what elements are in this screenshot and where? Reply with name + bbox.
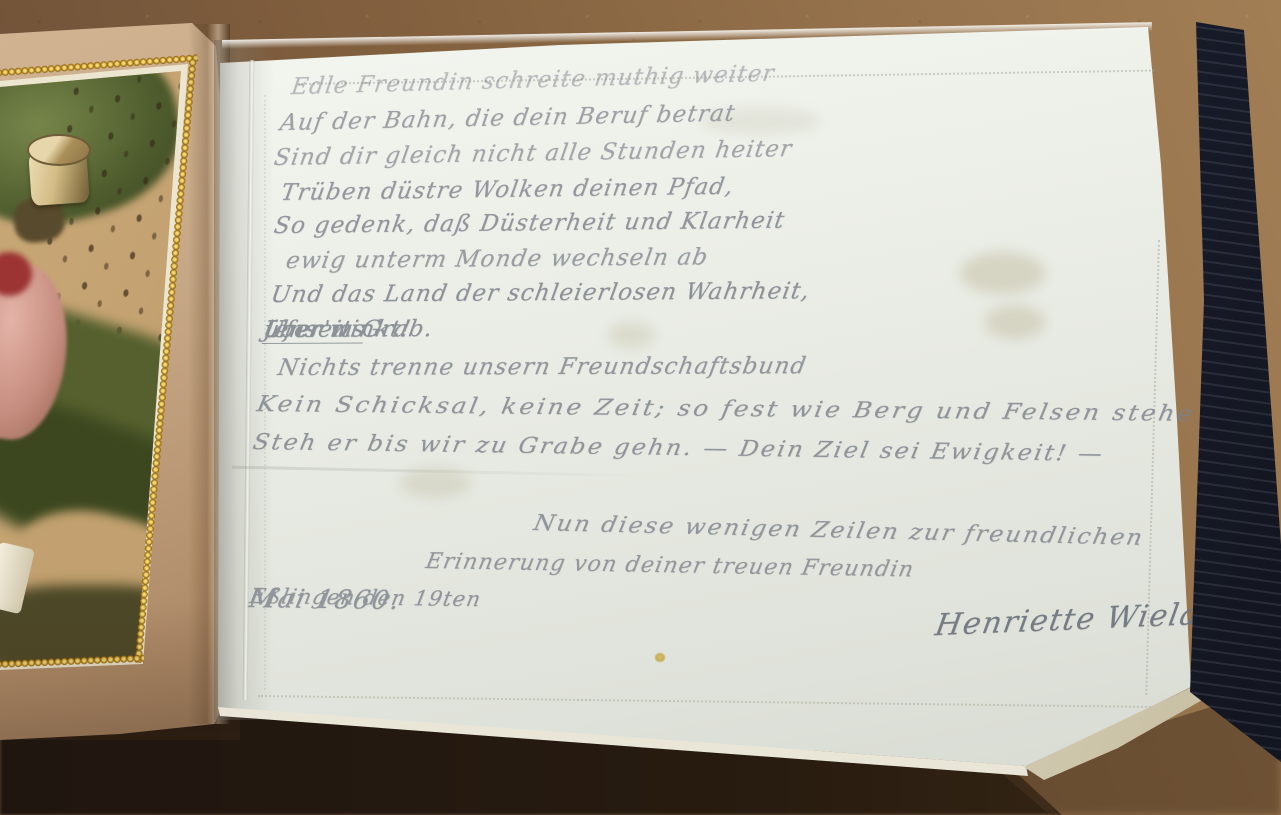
photo-scene: Edle Freundin schreite muthig weiter Auf… — [0, 0, 1281, 815]
page-stain — [985, 305, 1045, 339]
dateline-month-year: Mai 1860. — [247, 586, 403, 614]
page-stain — [400, 468, 470, 498]
handwriting-line-6: ewig unterm Monde wechseln ab — [284, 246, 710, 273]
handwriting-line-5: So gedenk, daß Düsterheit und Klarheit — [272, 210, 787, 238]
page-stain — [608, 322, 654, 348]
litho-barrel-top — [27, 134, 91, 166]
page-speck — [655, 653, 665, 662]
line8-after: über'm Grab. — [262, 318, 435, 342]
handwriting-line-9: Nichts trenne unsern Freundschaftsbund — [276, 355, 808, 380]
handwriting-line-7: Und das Land der schleierlosen Wahrheit, — [269, 280, 812, 307]
left-page-bottom-shade — [0, 600, 240, 740]
page-stain — [960, 252, 1045, 294]
